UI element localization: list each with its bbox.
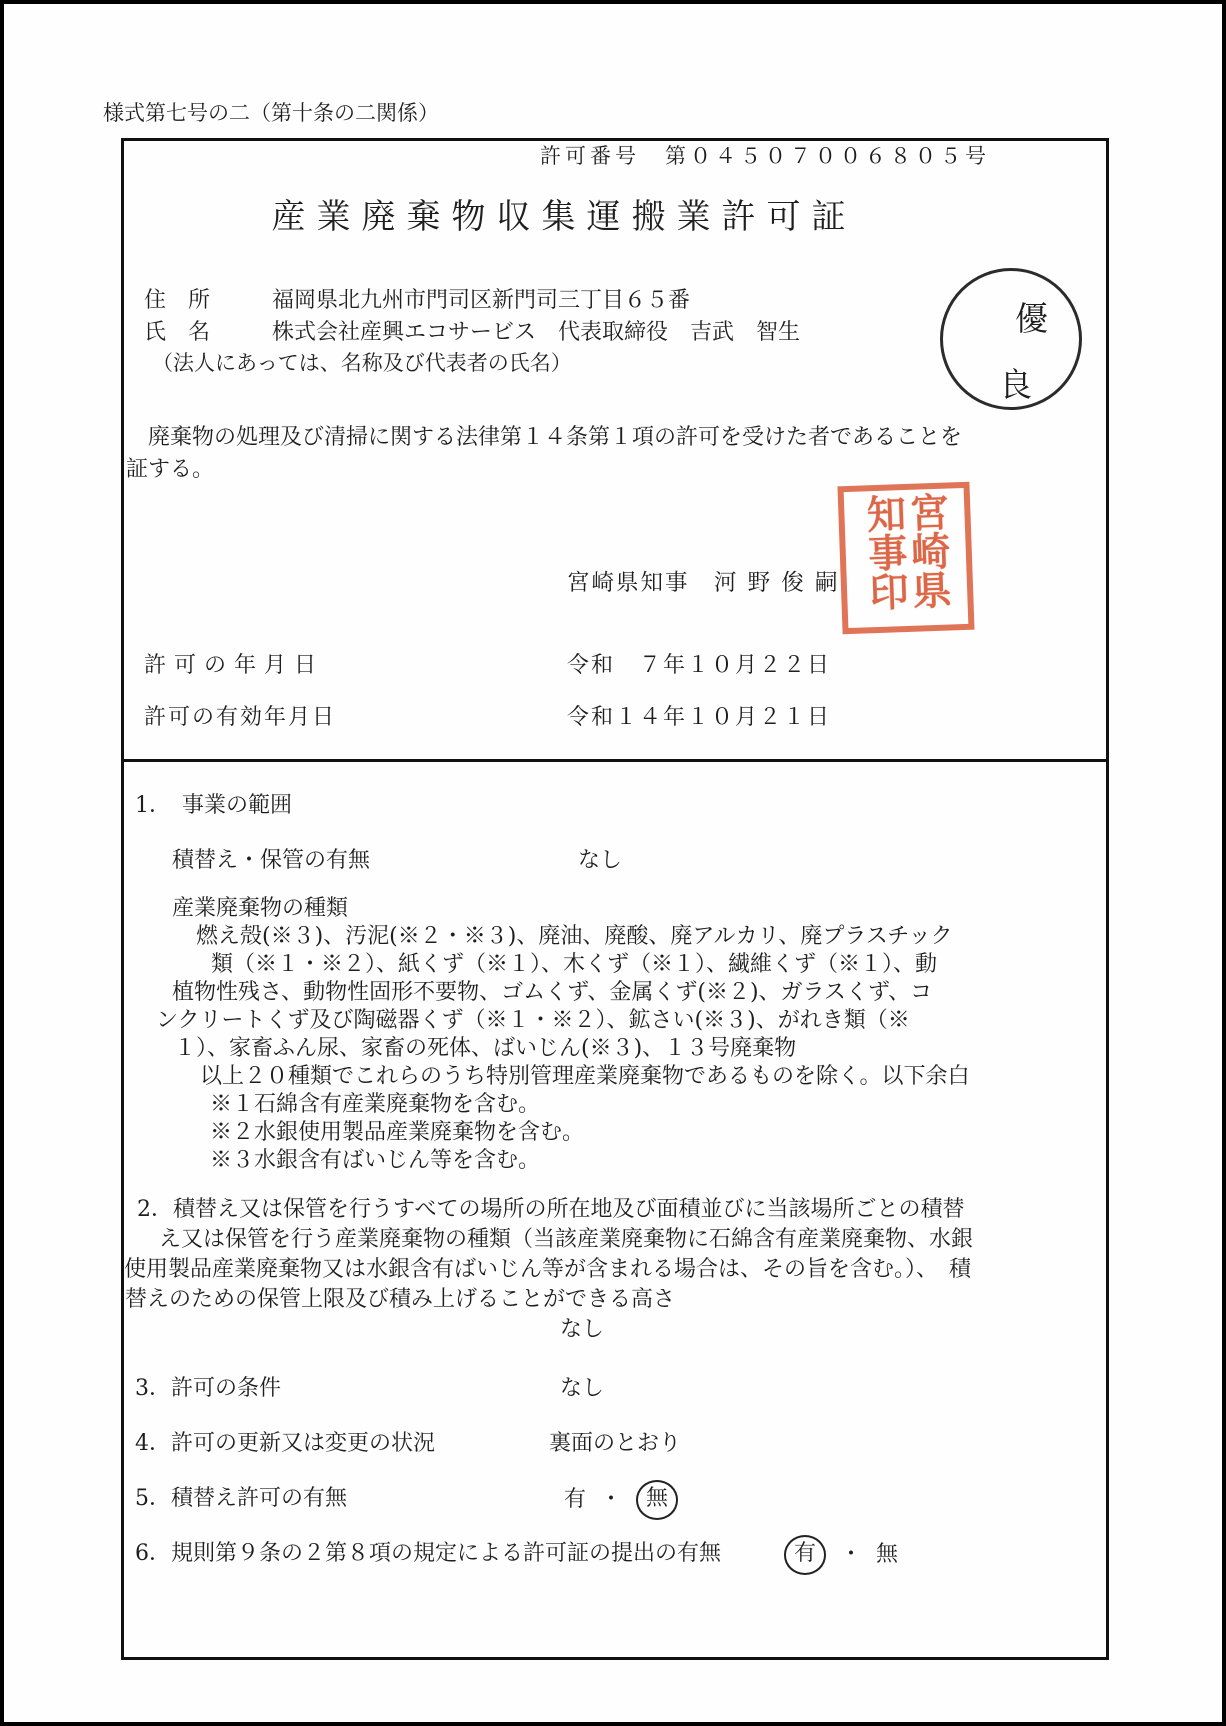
governor-seal-stamp: 宮崎県知事印	[837, 482, 974, 635]
transfer-storage-value: なし	[578, 847, 622, 875]
section-2-value: なし	[560, 1316, 604, 1344]
name-label: 氏 名	[144, 319, 210, 347]
address-label: 住 所	[144, 287, 210, 315]
permit-date-label: 許可の年月日	[144, 652, 324, 680]
name-value: 株式会社産興エコサービス 代表取締役 吉武 智生	[272, 319, 800, 347]
issuer-governor-name: 宮崎県知事 河 野 俊 嗣	[567, 569, 839, 597]
section-2-text-line: 使用製品産業廃棄物又は水銀含有ばいじん等が含まれる場合は、その旨を含む。）、 積	[124, 1256, 971, 1284]
grade-stamp-char-top: 優	[1015, 293, 1048, 340]
waste-types-line: 燃え殻(※３)、汚泥(※２・※３)、廃油、廃酸、廃アルカリ、廃プラスチック	[196, 923, 953, 951]
waste-types-line: ンクリートくず及び陶磁器くず（※１・※２）、鉱さい(※３)、がれき類（※	[156, 1007, 910, 1035]
waste-types-label: 産業廃棄物の種類	[172, 895, 348, 923]
waste-types-note-3: ※３水銀含有ばいじん等を含む。	[210, 1147, 540, 1175]
section-4-label: 4．許可の更新又は変更の状況	[135, 1430, 435, 1458]
certification-text-line2: 証する。	[126, 456, 214, 484]
permit-number: 許可番号 第０４５０７００６８０５号	[540, 143, 990, 169]
waste-types-line: １）、家畜ふん尿、家畜の死体、ばいじん(※３)、１３号廃棄物	[174, 1035, 796, 1063]
governor-seal-text: 宮崎県知事印	[861, 492, 951, 625]
section-6-label: 6．規則第９条の２第８項の規定による許可証の提出の有無	[135, 1540, 721, 1568]
section-2-text-line: 2．積替え又は保管を行うすべての場所の所在地及び面積並びに当該場所ごとの積替	[137, 1196, 965, 1224]
transfer-storage-label: 積替え・保管の有無	[172, 847, 370, 875]
section-5-label: 5．積替え許可の有無	[135, 1485, 347, 1513]
permit-certificate-page: 様式第七号の二（第十条の二関係） 許可番号 第０４５０７００６８０５号 産業廃棄…	[0, 0, 1226, 1726]
address-value: 福岡県北九州市門司区新門司三丁目６５番	[272, 287, 690, 315]
grade-stamp-char-bottom: 良	[999, 359, 1032, 406]
section-3-label: 3．許可の条件	[135, 1375, 281, 1403]
waste-types-line: 類（※１・※２）、紙くず（※１）、木くず（※１）、繊維くず（※１）、動	[211, 951, 937, 979]
section-6-option-no: 無	[876, 1541, 898, 1569]
section-2-text-line: 替えのための保管上限及び積み上げることができる高さ	[125, 1286, 675, 1314]
permit-date-value: 令和 ７年１０月２２日	[567, 652, 831, 680]
waste-types-line: 植物性残さ、動物性固形不要物、ゴムくず、金属くず(※２)、ガラスくず、コ	[172, 979, 932, 1007]
section-divider-line	[121, 759, 1109, 762]
name-note: （法人にあっては、名称及び代表者の氏名）	[152, 350, 572, 376]
separator-dot: ・	[600, 1486, 622, 1514]
section-6-option-yes-selected: 有	[784, 1535, 826, 1575]
waste-types-note-2: ※２水銀使用製品産業廃棄物を含む。	[210, 1119, 584, 1147]
section-1-heading: 1． 事業の範囲	[135, 792, 292, 820]
form-type-label: 様式第七号の二（第十条の二関係）	[103, 100, 439, 126]
waste-types-note-1: ※１石綿含有産業廃棄物を含む。	[210, 1091, 540, 1119]
validity-date-label: 許可の有効年月日	[144, 704, 336, 732]
validity-date-value: 令和１４年１０月２１日	[567, 704, 831, 732]
section-2-text-line: え又は保管を行う産業廃棄物の種類（当該産業廃棄物に石綿含有産業廃棄物、水銀	[159, 1226, 973, 1254]
excellent-grade-stamp: 優 良	[940, 268, 1082, 410]
section-5-option-yes: 有	[564, 1486, 586, 1514]
section-4-value: 裏面のとおり	[549, 1430, 681, 1458]
waste-types-exclusion-line: 以上２０種類でこれらのうち特別管理産業廃棄物であるものを除く。以下余白	[200, 1063, 970, 1091]
certification-text-line1: 廃棄物の処理及び清掃に関する法律第１４条第１項の許可を受けた者であることを	[126, 424, 962, 452]
section-3-value: なし	[560, 1375, 604, 1403]
section-5-option-no-selected: 無	[636, 1480, 678, 1520]
separator-dot: ・	[840, 1541, 862, 1569]
certificate-title: 産業廃棄物収集運搬業許可証	[154, 196, 974, 239]
